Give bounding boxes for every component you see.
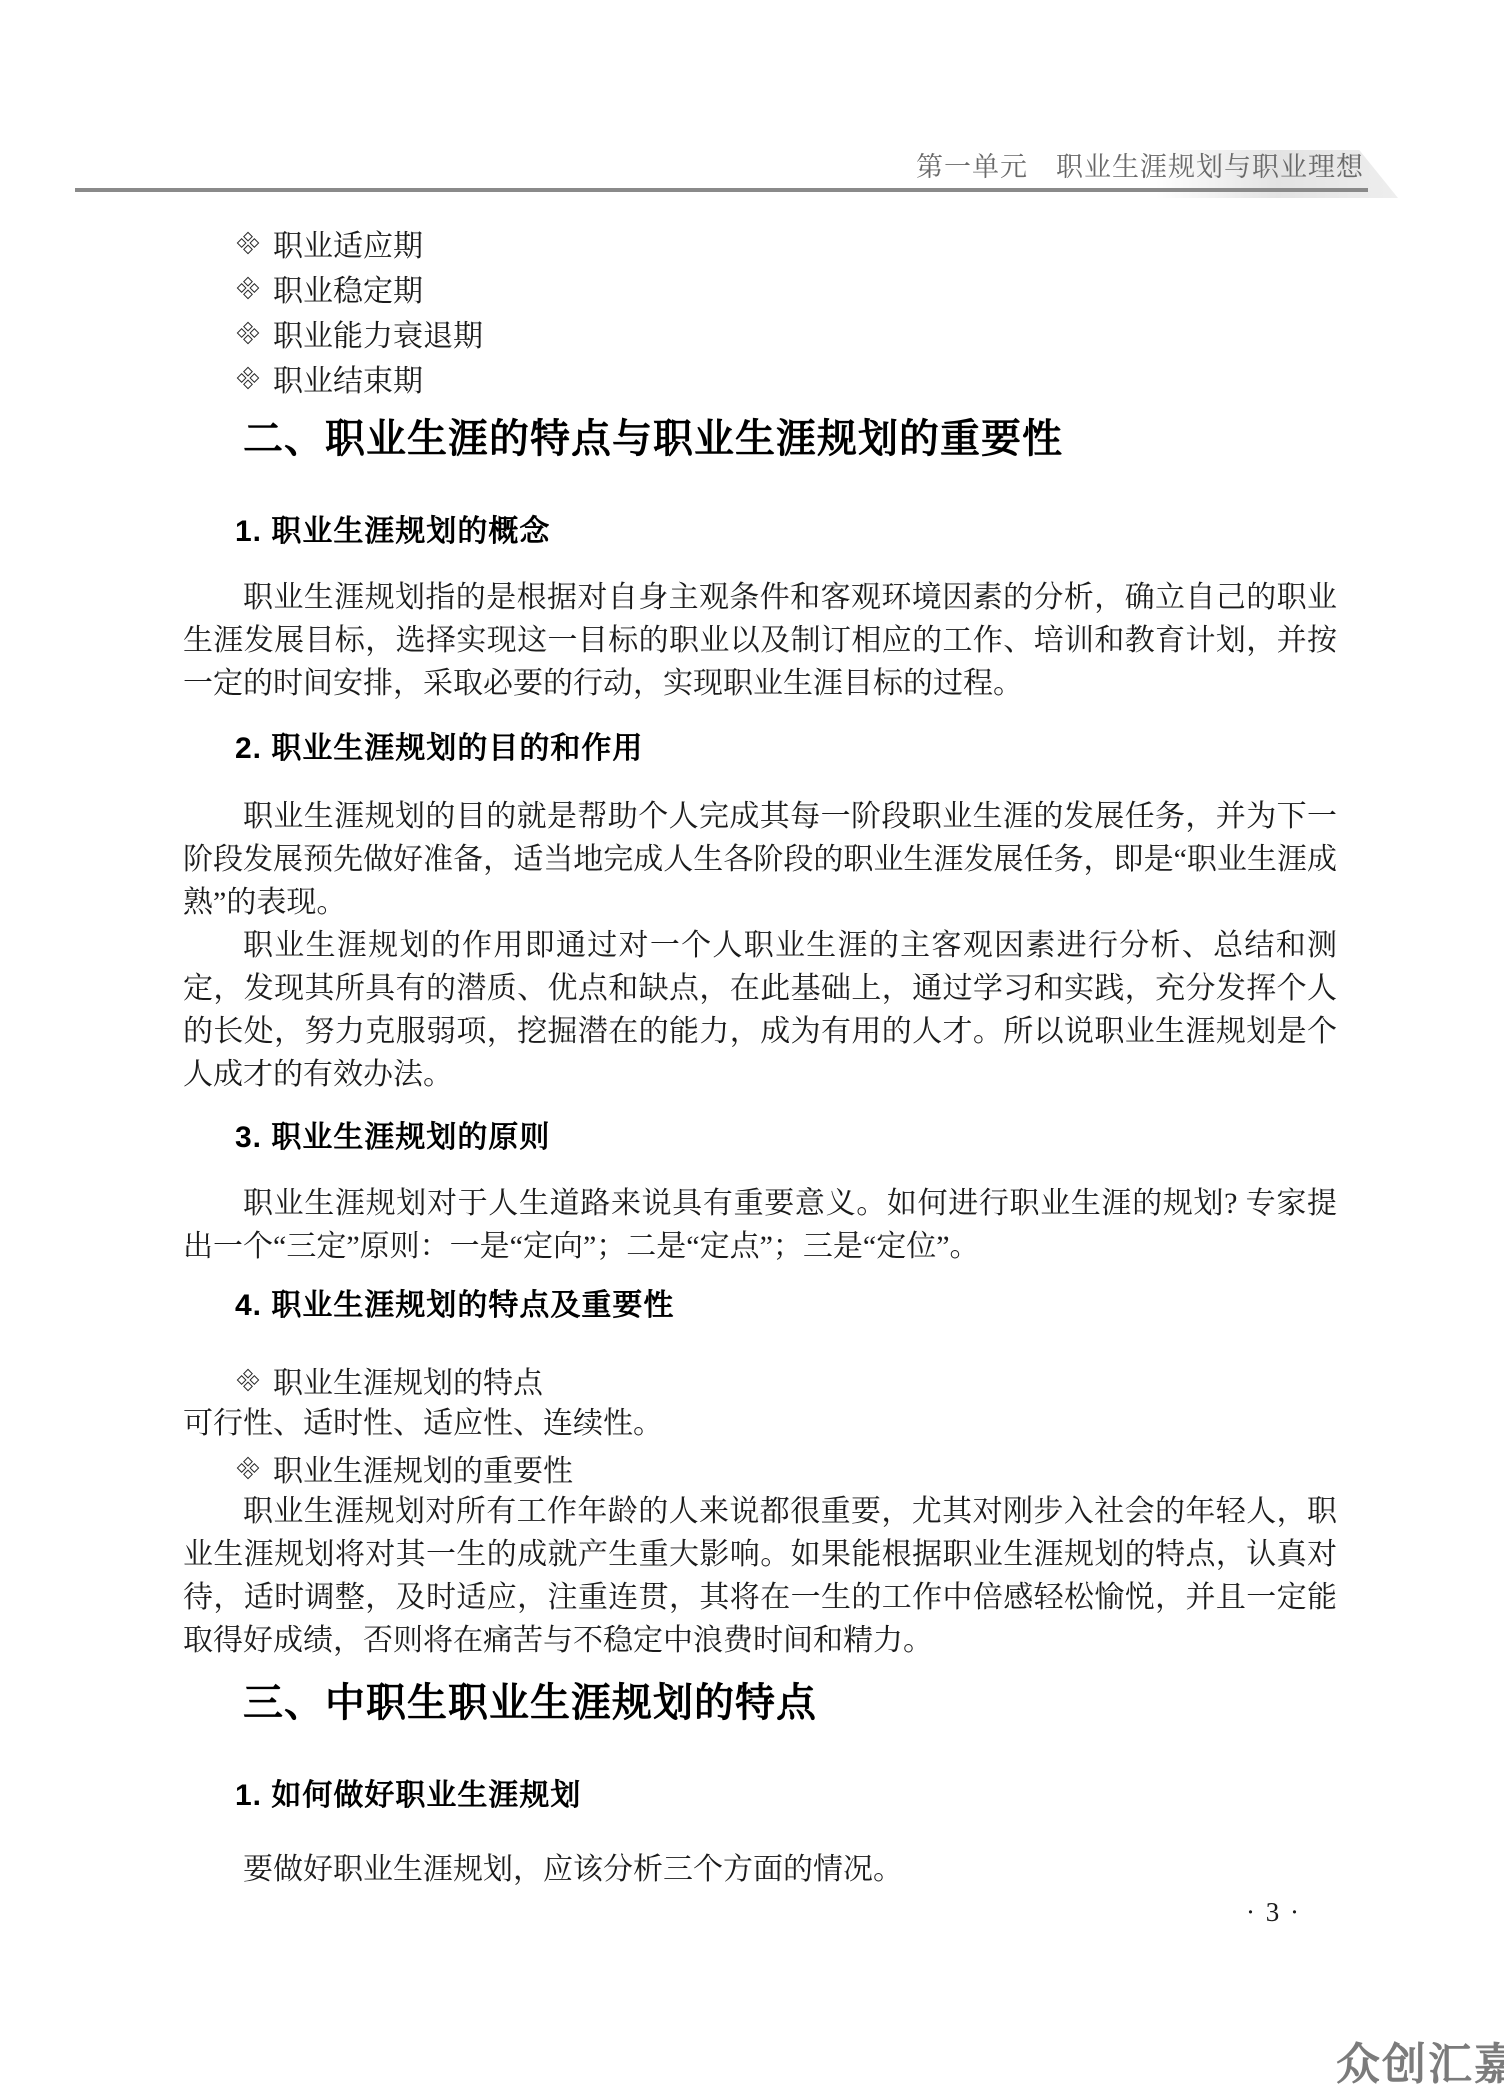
bullet-line-label: 职业生涯规划的特点 — [273, 1358, 543, 1402]
subsection-title-purpose: 2. 职业生涯规划的目的和作用 — [235, 731, 1337, 767]
paragraph-purpose: 职业生涯规划的目的就是帮助个人完成其每一阶段职业生涯的发展任务，并为下一阶段发展… — [183, 795, 1337, 924]
paragraph-principles: 职业生涯规划对于人生道路来说具有重要意义。如何进行职业生涯的规划? 专家提出一个… — [183, 1182, 1337, 1268]
page-number: · 3 · — [183, 1897, 1337, 1928]
bullet-line-label: 职业生涯规划的重要性 — [273, 1446, 573, 1490]
section-heading-vocational-students: 三、中职生职业生涯规划的特点 — [243, 1680, 1337, 1726]
watermark: 众创汇嘉 — [1336, 2028, 1504, 2092]
textbook-page: 第一单元职业生涯规划与职业理想 职业适应期 职业稳定期 职业能力衰退期 职业结束… — [0, 0, 1504, 2094]
list-item-label: 职业稳定期 — [273, 266, 423, 310]
list-item: 职业结束期 — [240, 355, 1337, 400]
list-item: 职业稳定期 — [240, 265, 1337, 310]
header-divider-line — [75, 188, 1368, 192]
section-heading-characteristics-importance: 二、职业生涯的特点与职业生涯规划的重要性 — [243, 416, 1337, 462]
bullet-line-importance: 职业生涯规划的重要性 — [240, 1446, 1337, 1490]
career-stage-list: 职业适应期 职业稳定期 职业能力衰退期 职业结束期 — [240, 220, 1337, 400]
page-header: 第一单元职业生涯规划与职业理想 — [0, 0, 1504, 192]
paragraph-how-to-plan: 要做好职业生涯规划，应该分析三个方面的情况。 — [183, 1848, 1337, 1891]
four-diamond-bullet-icon — [237, 321, 260, 344]
paragraph-importance: 职业生涯规划对所有工作年龄的人来说都很重要，尤其对刚步入社会的年轻人，职业生涯规… — [183, 1490, 1337, 1662]
subsection-title-principles: 3. 职业生涯规划的原则 — [235, 1120, 1337, 1156]
list-item: 职业适应期 — [240, 220, 1337, 265]
subsection-title-concept: 1. 职业生涯规划的概念 — [235, 514, 1337, 550]
header-unit-label: 第一单元 — [916, 152, 1028, 182]
bullet-line-features: 职业生涯规划的特点 — [240, 1358, 1337, 1402]
list-item-label: 职业结束期 — [273, 356, 423, 400]
features-line: 可行性、适时性、适应性、连续性。 — [183, 1402, 1337, 1446]
four-diamond-bullet-icon — [237, 1369, 260, 1392]
four-diamond-bullet-icon — [237, 366, 260, 389]
list-item-label: 职业能力衰退期 — [273, 311, 483, 355]
header-chapter-title: 第一单元职业生涯规划与职业理想 — [916, 145, 1364, 184]
list-item: 职业能力衰退期 — [240, 310, 1337, 355]
paragraph-function: 职业生涯规划的作用即通过对一个人职业生涯的主客观因素进行分析、总结和测定，发现其… — [183, 924, 1337, 1096]
page-content: 职业适应期 职业稳定期 职业能力衰退期 职业结束期 二、职业生涯的特点与职业生涯… — [183, 220, 1337, 1928]
four-diamond-bullet-icon — [237, 276, 260, 299]
subsection-title-how-to-plan: 1. 如何做好职业生涯规划 — [235, 1778, 1337, 1814]
four-diamond-bullet-icon — [237, 1457, 260, 1480]
header-title-text: 职业生涯规划与职业理想 — [1056, 152, 1364, 182]
list-item-label: 职业适应期 — [273, 221, 423, 265]
paragraph-concept: 职业生涯规划指的是根据对自身主观条件和客观环境因素的分析，确立自己的职业生涯发展… — [183, 576, 1337, 705]
subsection-title-features-importance: 4. 职业生涯规划的特点及重要性 — [235, 1288, 1337, 1324]
four-diamond-bullet-icon — [237, 231, 260, 254]
